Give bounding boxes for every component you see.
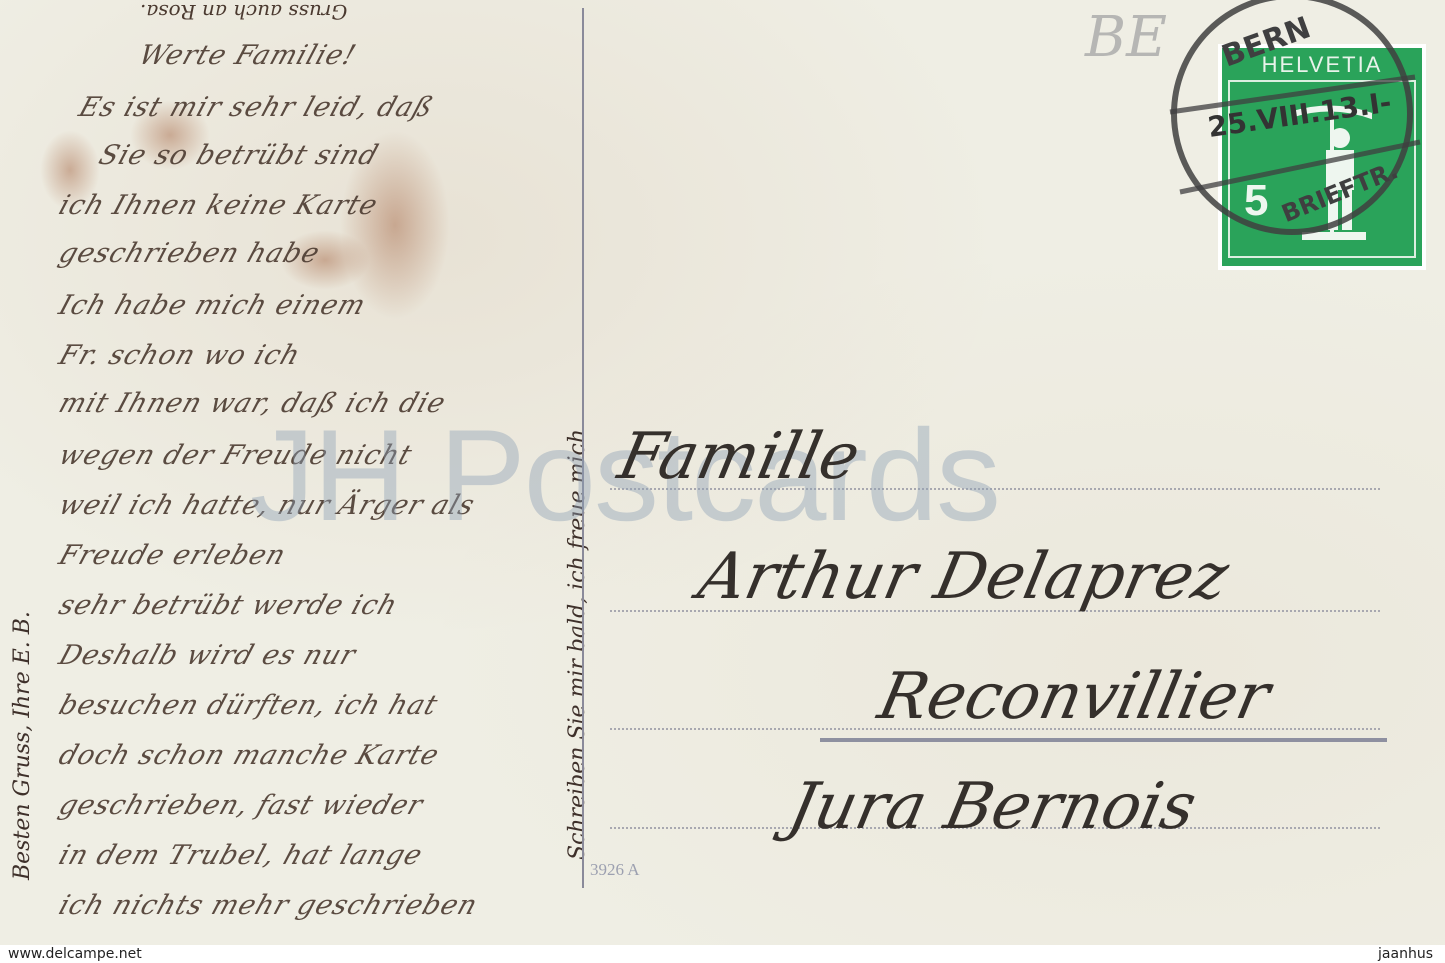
- address-line-4: Jura Bernois: [782, 770, 1202, 844]
- svg-text:BERN: BERN: [1217, 10, 1315, 74]
- source-credit-right: jaanhus: [1378, 946, 1433, 962]
- message-line: ich Ihnen keine Karte: [55, 190, 382, 221]
- source-credit-left: www.delcampe.net: [8, 946, 142, 962]
- vertical-margin-text: Besten Gruss, Ihre E. B.: [10, 611, 35, 880]
- message-line: geschrieben, fast wieder: [55, 790, 427, 821]
- address-line-3: Reconvillier: [872, 660, 1276, 734]
- message-line: geschrieben habe: [55, 238, 324, 269]
- postmark-icon: BERN 25.VIII.13.I- BRIEFTR.: [1160, 0, 1425, 247]
- address-line-1: Famille: [612, 420, 866, 494]
- message-line: Sie so betrübt sind: [95, 140, 383, 171]
- pencil-note: BE: [1085, 5, 1167, 70]
- credits-bar: [0, 945, 1445, 963]
- address-underline: [820, 738, 1387, 742]
- message-greeting: Werte Familie!: [135, 40, 360, 71]
- message-line: Ich habe mich einem: [55, 290, 370, 321]
- print-code: 3926 A: [590, 860, 640, 880]
- message-line: in dem Trubel, hat lange: [55, 840, 427, 871]
- upside-down-note: Gruss auch an Rosa.: [140, 0, 347, 24]
- postcard-back: Gruss auch an Rosa. Werte Familie! Es is…: [0, 0, 1445, 945]
- message-line: besuchen dürften, ich hat: [55, 690, 442, 721]
- message-line: Fr. schon wo ich: [55, 340, 305, 371]
- message-line: doch schon manche Karte: [55, 740, 443, 771]
- message-line: Es ist mir sehr leid, daß: [75, 92, 438, 123]
- message-line: ich nichts mehr geschrieben: [55, 890, 482, 921]
- address-line-2: Arthur Delaprez: [692, 540, 1235, 614]
- message-line: Deshalb wird es nur: [55, 640, 360, 671]
- message-line: sehr betrübt werde ich: [55, 590, 402, 621]
